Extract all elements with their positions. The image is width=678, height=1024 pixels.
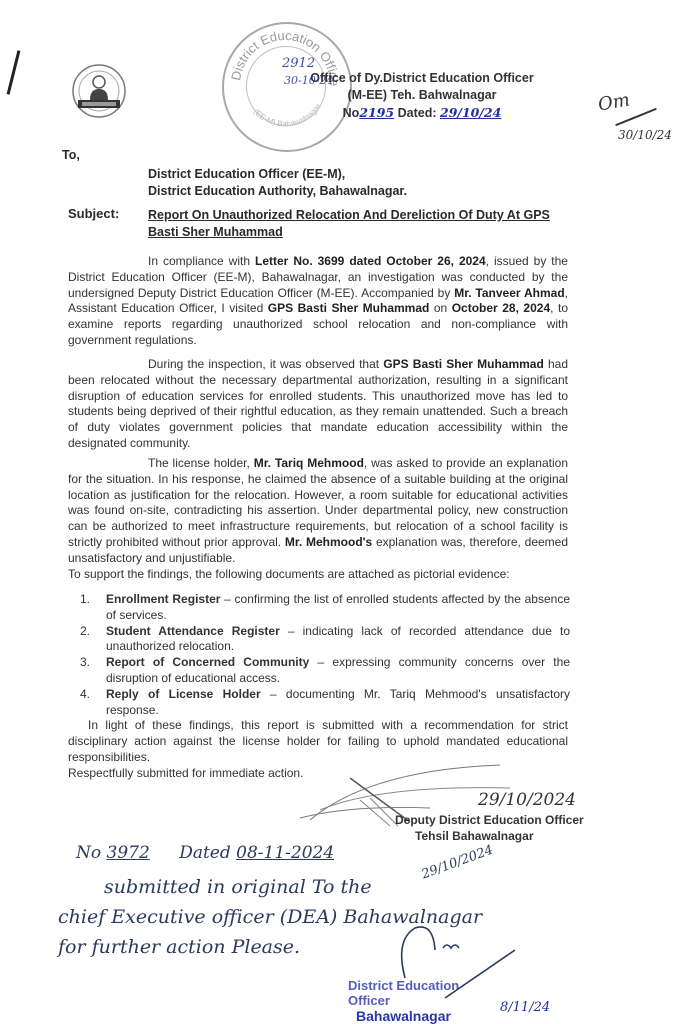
stamp-handwritten-number: 2912 bbox=[282, 56, 315, 71]
paragraph-license-holder: The license holder, Mr. Tariq Mehmood, w… bbox=[68, 456, 568, 567]
margin-pen-mark bbox=[7, 50, 21, 94]
endorsement-side-date: 29/10/2024 bbox=[420, 843, 496, 883]
endorsement-line-submitted: submitted in original To the bbox=[104, 876, 372, 898]
to-label: To, bbox=[62, 148, 80, 162]
department-logo bbox=[68, 62, 130, 124]
evidence-item: 2.Student Attendance Register – indicati… bbox=[80, 624, 570, 656]
evidence-item: 1.Enrollment Register – confirming the l… bbox=[80, 592, 570, 624]
evidence-item: 4.Reply of License Holder – documenting … bbox=[80, 687, 570, 719]
subject-label: Subject: bbox=[68, 206, 119, 221]
signatory-title: Deputy District Education Officer bbox=[395, 812, 584, 828]
office-location: (M-EE) Teh. Bahwalnagar bbox=[292, 87, 552, 104]
evidence-list: 1.Enrollment Register – confirming the l… bbox=[80, 592, 570, 718]
reference-number: 2195 bbox=[359, 105, 394, 120]
reference-date: 29/10/24 bbox=[440, 105, 501, 120]
paragraph-inspection: During the inspection, it was observed t… bbox=[68, 357, 568, 452]
recipient-address: District Education Officer (EE-M), Distr… bbox=[148, 166, 407, 200]
paragraph-investigation: In compliance with Letter No. 3699 dated… bbox=[68, 254, 568, 349]
subject-text: Report On Unauthorized Relocation And De… bbox=[148, 207, 568, 241]
endorsement-date: 08-11-2024 bbox=[236, 843, 334, 863]
signature-date: 29/10/2024 bbox=[478, 790, 576, 810]
dea-office-stamp: District Education Officer Bahawalnagar bbox=[348, 978, 498, 1022]
signature-block: Deputy District Education Officer Tehsil… bbox=[395, 812, 584, 844]
margin-date: 30/10/24 bbox=[618, 128, 672, 142]
office-header: Office of Dy.District Education Officer … bbox=[292, 70, 552, 122]
endorsement-reference: No 3972 Dated 08-11-2024 bbox=[76, 843, 334, 863]
endorsement-number: 3972 bbox=[107, 843, 150, 863]
evidence-item: 3.Report of Concerned Community – expres… bbox=[80, 655, 570, 687]
office-name: Office of Dy.District Education Officer bbox=[292, 70, 552, 87]
paragraph-conclusion: In light of these findings, this report … bbox=[68, 718, 568, 765]
evidence-intro: To support the findings, the following d… bbox=[68, 567, 568, 583]
endorsement-line-action: for further action Please. bbox=[58, 936, 300, 958]
dea-stamp-date: 8/11/24 bbox=[500, 1000, 550, 1015]
reference-line: No2195 Dated: 29/10/24 bbox=[292, 104, 552, 122]
margin-initials: Om bbox=[596, 89, 631, 115]
